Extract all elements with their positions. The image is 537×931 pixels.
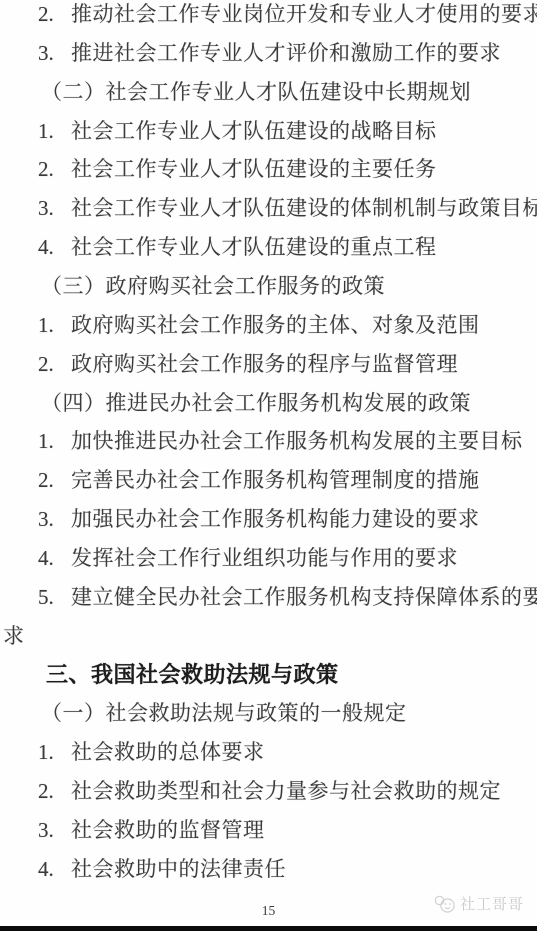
line-text: 加快推进民办社会工作服务机构发展的主要目标 bbox=[71, 429, 523, 453]
line-text: 建立健全民办社会工作服务机构支持保障体系的要 bbox=[71, 585, 537, 609]
line-marker: 1. bbox=[38, 422, 71, 461]
line-marker: 4. bbox=[38, 228, 71, 267]
line-text: 发挥社会工作行业组织功能与作用的要求 bbox=[71, 546, 458, 570]
toc-line: 3.推进社会工作专业人才评价和激励工作的要求 bbox=[0, 34, 537, 73]
line-text: 社会救助类型和社会力量参与社会救助的规定 bbox=[71, 779, 501, 803]
toc-line: 3.社会救助的监督管理 bbox=[0, 811, 537, 850]
line-text: 社会救助的监督管理 bbox=[71, 818, 265, 842]
toc-line: 4.社会工作专业人才队伍建设的重点工程 bbox=[0, 228, 537, 267]
line-text: （四）推进民办社会工作服务机构发展的政策 bbox=[41, 391, 471, 415]
line-marker: 1. bbox=[38, 306, 71, 345]
toc-line: 2.政府购买社会工作服务的程序与监督管理 bbox=[0, 345, 537, 384]
line-text: 社会救助的总体要求 bbox=[71, 740, 265, 764]
line-text: 三、我国社会救助法规与政策 bbox=[46, 662, 339, 687]
toc-line: 4.社会救助中的法律责任 bbox=[0, 850, 537, 889]
section-heading: 三、我国社会救助法规与政策 bbox=[0, 656, 537, 695]
line-marker: 4. bbox=[38, 539, 71, 578]
toc-list: 2.推动社会工作专业岗位开发和专业人才使用的要求3.推进社会工作专业人才评价和激… bbox=[0, 0, 537, 889]
line-text: 完善民办社会工作服务机构管理制度的措施 bbox=[71, 468, 480, 492]
toc-line: 2.推动社会工作专业岗位开发和专业人才使用的要求 bbox=[0, 0, 537, 34]
toc-line: 1.加快推进民办社会工作服务机构发展的主要目标 bbox=[0, 422, 537, 461]
line-marker: 2. bbox=[38, 150, 71, 189]
line-text: （二）社会工作专业人才队伍建设中长期规划 bbox=[41, 80, 471, 104]
toc-line: （二）社会工作专业人才队伍建设中长期规划 bbox=[0, 73, 537, 112]
line-text: 社会救助中的法律责任 bbox=[71, 857, 286, 881]
line-marker: 3. bbox=[38, 811, 71, 850]
toc-line: （三）政府购买社会工作服务的政策 bbox=[0, 267, 537, 306]
line-marker: 2. bbox=[38, 345, 71, 384]
toc-line: （四）推进民办社会工作服务机构发展的政策 bbox=[0, 384, 537, 423]
toc-line: 求 bbox=[0, 617, 537, 656]
line-marker: 1. bbox=[38, 733, 71, 772]
line-text: 推动社会工作专业岗位开发和专业人才使用的要求 bbox=[71, 2, 537, 26]
toc-line: 4.发挥社会工作行业组织功能与作用的要求 bbox=[0, 539, 537, 578]
line-text: 政府购买社会工作服务的主体、对象及范围 bbox=[71, 313, 480, 337]
bottom-bar bbox=[0, 926, 537, 931]
toc-line: 1.社会救助的总体要求 bbox=[0, 733, 537, 772]
line-marker: 2. bbox=[38, 0, 71, 34]
line-marker: 2. bbox=[38, 461, 71, 500]
line-text: 加强民办社会工作服务机构能力建设的要求 bbox=[71, 507, 480, 531]
line-marker: 3. bbox=[38, 34, 71, 73]
line-marker: 3. bbox=[38, 189, 71, 228]
document-page: 2.推动社会工作专业岗位开发和专业人才使用的要求3.推进社会工作专业人才评价和激… bbox=[0, 0, 537, 931]
line-text: （一）社会救助法规与政策的一般规定 bbox=[41, 701, 407, 725]
line-marker: 2. bbox=[38, 772, 71, 811]
toc-line: 2.社会救助类型和社会力量参与社会救助的规定 bbox=[0, 772, 537, 811]
line-text: 求 bbox=[3, 624, 25, 648]
line-text: （三）政府购买社会工作服务的政策 bbox=[41, 274, 385, 298]
toc-line: 2.完善民办社会工作服务机构管理制度的措施 bbox=[0, 461, 537, 500]
line-marker: 1. bbox=[38, 112, 71, 151]
page-number: 15 bbox=[0, 902, 537, 920]
line-text: 推进社会工作专业人才评价和激励工作的要求 bbox=[71, 41, 501, 65]
toc-line: 5.建立健全民办社会工作服务机构支持保障体系的要 bbox=[0, 578, 537, 617]
toc-line: 2.社会工作专业人才队伍建设的主要任务 bbox=[0, 150, 537, 189]
toc-line: 1.政府购买社会工作服务的主体、对象及范围 bbox=[0, 306, 537, 345]
line-text: 社会工作专业人才队伍建设的主要任务 bbox=[71, 157, 437, 181]
line-text: 社会工作专业人才队伍建设的战略目标 bbox=[71, 119, 437, 143]
line-text: 社会工作专业人才队伍建设的重点工程 bbox=[71, 235, 437, 259]
line-marker: 5. bbox=[38, 578, 71, 617]
toc-line: 3.社会工作专业人才队伍建设的体制机制与政策目标 bbox=[0, 189, 537, 228]
toc-line: 1.社会工作专业人才队伍建设的战略目标 bbox=[0, 112, 537, 151]
line-marker: 3. bbox=[38, 500, 71, 539]
line-text: 社会工作专业人才队伍建设的体制机制与政策目标 bbox=[71, 196, 537, 220]
line-text: 政府购买社会工作服务的程序与监督管理 bbox=[71, 352, 458, 376]
toc-line: （一）社会救助法规与政策的一般规定 bbox=[0, 694, 537, 733]
toc-line: 3.加强民办社会工作服务机构能力建设的要求 bbox=[0, 500, 537, 539]
line-marker: 4. bbox=[38, 850, 71, 889]
